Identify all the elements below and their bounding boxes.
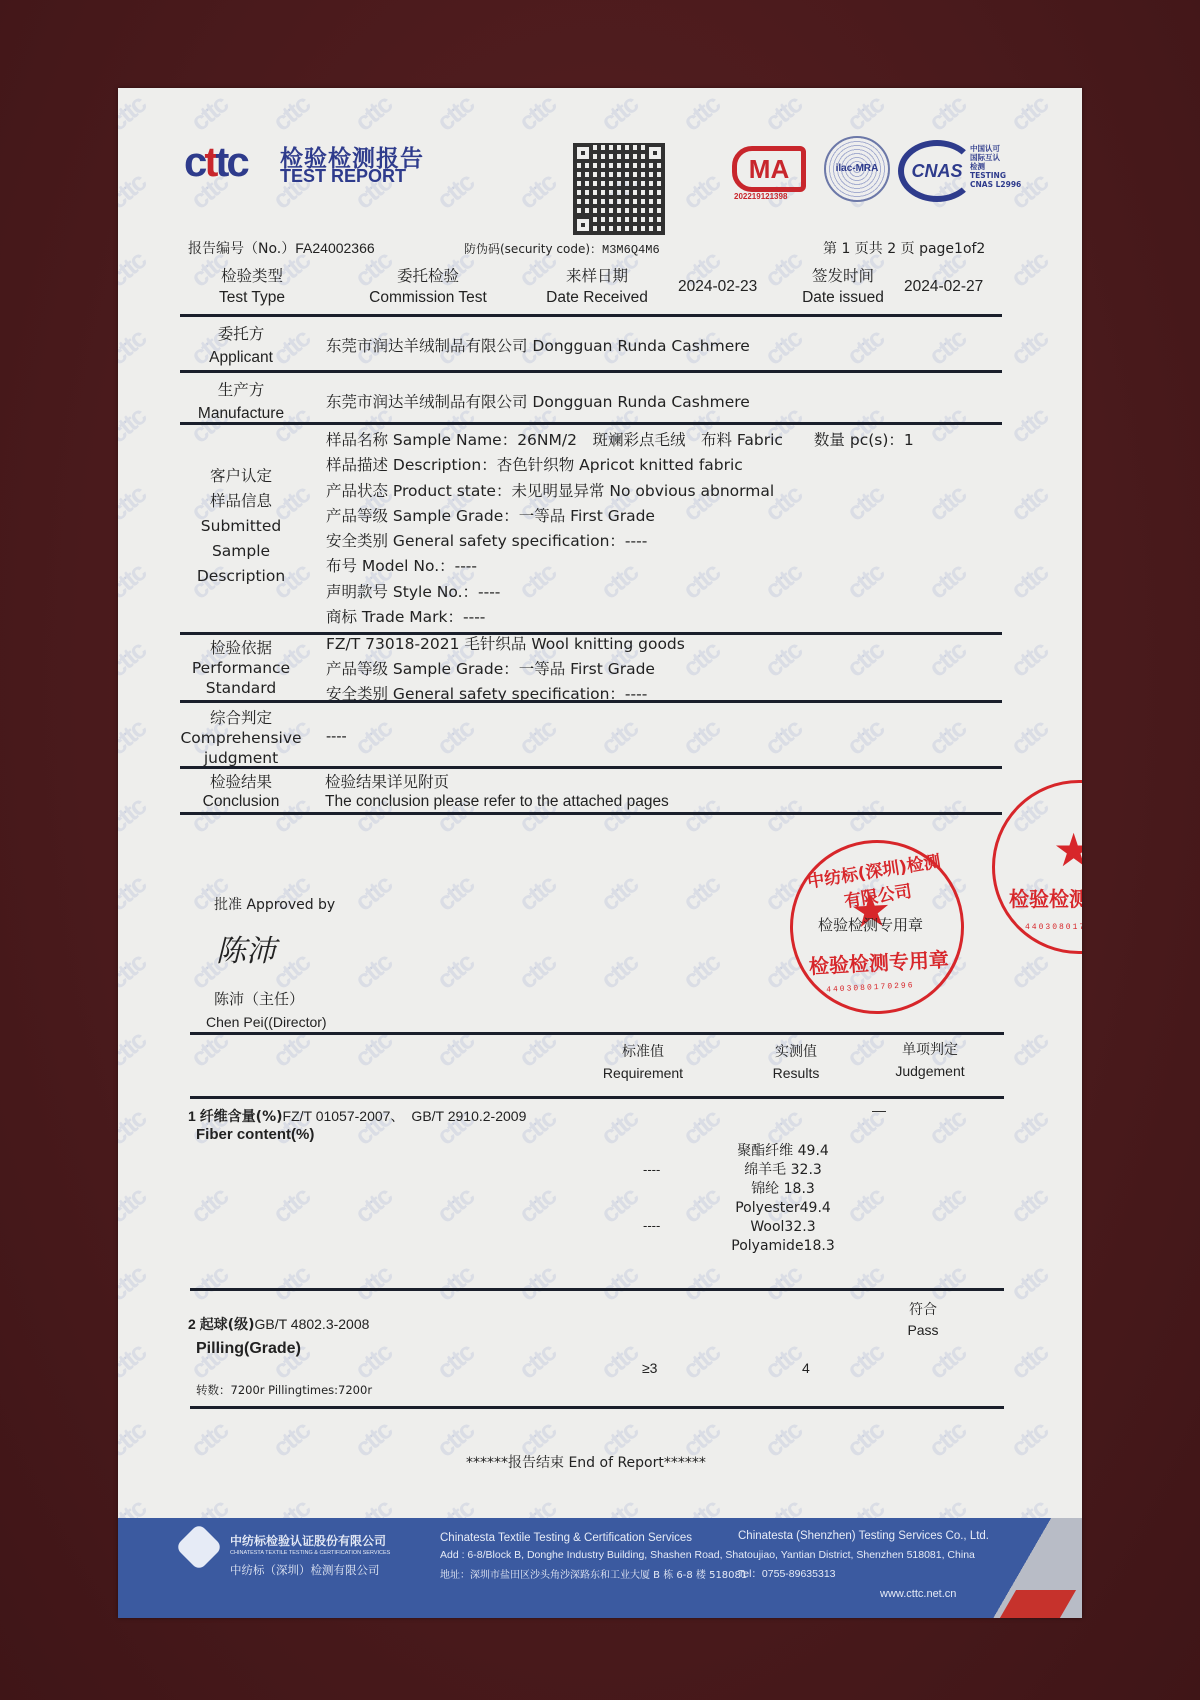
- divider: [180, 370, 1002, 373]
- cma-number: 202219121398: [734, 192, 787, 201]
- page-indicator: 第 1 页共 2 页 page1of2: [823, 238, 985, 258]
- item-1-requirement: ----: [643, 1218, 660, 1233]
- result-line: 锦纶 18.3: [698, 1180, 868, 1199]
- item-2-judgement: 符合Pass: [888, 1300, 958, 1340]
- sample-line: 样品描述 Description：杏色针织物 Apricot knitted f…: [326, 453, 914, 478]
- test-report-document: cttccttccttccttccttccttccttccttccttccttc…: [118, 88, 1082, 1618]
- sample-line: 产品等级 Sample Grade：一等品 First Grade: [326, 504, 914, 529]
- test-type-value: 委托检验Commission Test: [346, 264, 510, 307]
- label-line: Performance: [180, 658, 302, 678]
- ilac-mra-mark: ilac-MRA: [824, 136, 890, 202]
- label-line: Submitted: [180, 514, 302, 539]
- sample-line: 安全类别 General safety specification：----: [326, 529, 914, 554]
- sample-line: 声明款号 Style No.：----: [326, 580, 914, 605]
- stamp-overprint-text: 检验检测专用章: [818, 914, 923, 935]
- result-line: 聚酯纤维 49.4: [698, 1142, 868, 1161]
- footer-line1-right: Chinatesta (Shenzhen) Testing Services C…: [738, 1530, 989, 1542]
- footer-company-cn: 中纺标检验认证股份有限公司: [230, 1532, 386, 1549]
- divider: [180, 766, 1002, 769]
- sample-line: 布号 Model No.：----: [326, 554, 914, 579]
- label-line: Standard: [180, 678, 302, 698]
- divider: [180, 314, 1002, 317]
- star-icon: ★: [1053, 827, 1082, 873]
- standard-line: 安全类别 General safety specification：----: [326, 682, 685, 707]
- approver-name-cn: 陈沛（主任）: [214, 988, 304, 1009]
- comprehensive-judgment-value: ----: [326, 728, 347, 746]
- official-seal-stamp-partial: ★ 检验检测专用章 4403080170296: [992, 780, 1082, 954]
- sample-line: 产品状态 Product state：未见明显异常 No obvious abn…: [326, 479, 914, 504]
- label-line: 样品信息: [180, 489, 302, 514]
- applicant-label: 委托方Applicant: [180, 322, 302, 370]
- footer-address-cn: 地址：深圳市盐田区沙头角沙深路东和工业大厦 B 栋 6-8 楼 518081: [440, 1566, 747, 1581]
- label-line: Comprehensive: [170, 728, 312, 748]
- item-1-results: 聚酯纤维 49.4绵羊毛 32.3锦纶 18.3Polyester49.4Woo…: [698, 1142, 868, 1256]
- item-2-note: 转数：7200r Pillingtimes:7200r: [196, 1382, 372, 1398]
- divider: [180, 812, 1002, 815]
- standard-line: FZ/T 73018-2021 毛针织品 Wool knitting goods: [326, 632, 685, 657]
- column-header-requirement: 标准值Requirement: [578, 1042, 708, 1084]
- label-line: 综合判定: [170, 708, 312, 728]
- divider: [190, 1406, 1004, 1409]
- sample-description-lines: 样品名称 Sample Name：26NM/2 斑斓彩点毛绒 布料 Fabric…: [326, 428, 914, 630]
- footer-band: 中纺标检验认证股份有限公司 CHINATESTA TEXTILE TESTING…: [118, 1518, 1082, 1618]
- label-line: 检验依据: [180, 638, 302, 658]
- item-2-title: 2 起球(级)GB/T 4802.3-2008: [188, 1314, 369, 1334]
- approver-name-en: Chen Pei((Director): [206, 1014, 327, 1030]
- conclusion-label: 检验结果Conclusion: [180, 772, 302, 812]
- date-received-value: 2024-02-23: [678, 278, 757, 296]
- label-line: Description: [180, 564, 302, 589]
- item-1-title: 1 纤维含量(%)FZ/T 01057-2007、 GB/T 2910.2-20…: [188, 1106, 526, 1126]
- performance-standard-label: 检验依据PerformanceStandard: [180, 638, 302, 698]
- cnas-mark: CNAS: [898, 140, 976, 202]
- item-2-title-en: Pilling(Grade): [196, 1340, 301, 1358]
- sample-description-label: 客户认定样品信息SubmittedSampleDescription: [180, 464, 302, 589]
- approved-by-label: 批准 Approved by: [214, 894, 335, 914]
- signature: 陈沛: [216, 926, 276, 970]
- end-of-report: ******报告结束 End of Report******: [466, 1452, 706, 1472]
- manufacture-value: 东莞市润达羊绒制品有限公司 Dongguan Runda Cashmere: [326, 390, 750, 412]
- conclusion-value: 检验结果详见附页The conclusion please refer to t…: [325, 772, 669, 812]
- security-code: 防伪码(security code)：M3M6Q4M6: [464, 240, 660, 258]
- cma-certification-mark: MA: [732, 146, 806, 192]
- report-number: 报告编号（No.）FA24002366: [188, 238, 375, 258]
- cttc-logo: cttc: [184, 138, 247, 186]
- footer-company-en-small: CHINATESTA TEXTILE TESTING & CERTIFICATI…: [230, 1550, 390, 1556]
- column-header-judgement: 单项判定Judgement: [880, 1040, 980, 1082]
- result-line: Polyester49.4: [698, 1199, 868, 1218]
- qr-code[interactable]: [573, 143, 665, 235]
- footer-address-en: Add : 6-8/Block B, Donghe Industry Build…: [440, 1549, 975, 1561]
- date-issued-label: 签发时间Date issued: [788, 264, 898, 307]
- divider: [190, 1032, 1004, 1035]
- item-1-judgement: —: [872, 1102, 886, 1118]
- label-line: 客户认定: [180, 464, 302, 489]
- sample-line: 样品名称 Sample Name：26NM/2 斑斓彩点毛绒 布料 Fabric…: [326, 428, 914, 453]
- divider: [190, 1096, 1004, 1099]
- cnas-side-text: 中国认可 国际互认 检测 TESTING CNAS L2996: [970, 144, 1021, 189]
- manufacture-label: 生产方Manufacture: [180, 378, 302, 426]
- column-header-results: 实测值Results: [746, 1042, 846, 1084]
- item-1-title-en: Fiber content(%): [196, 1126, 314, 1143]
- divider: [180, 700, 1002, 703]
- report-title-en: TEST REPORT: [280, 166, 406, 187]
- divider: [190, 1288, 1004, 1291]
- chinatesta-logo-icon: [175, 1523, 223, 1571]
- label-line: judgment: [170, 748, 312, 768]
- label-line: Sample: [180, 539, 302, 564]
- footer-tel: Tel：0755-89635313: [738, 1566, 836, 1581]
- comprehensive-judgment-label: 综合判定Comprehensivejudgment: [170, 708, 312, 768]
- performance-standard-lines: FZ/T 73018-2021 毛针织品 Wool knitting goods…: [326, 632, 685, 707]
- test-type-label: 检验类型Test Type: [198, 264, 306, 307]
- footer-line1-left: Chinatesta Textile Testing & Certificati…: [440, 1532, 692, 1544]
- result-line: Polyamide18.3: [698, 1237, 868, 1256]
- item-1-requirement: ----: [643, 1162, 660, 1177]
- item-2-results: 4: [802, 1360, 810, 1376]
- footer-branch-cn: 中纺标（深圳）检测有限公司: [230, 1562, 380, 1578]
- item-2-requirement: ≥3: [642, 1360, 657, 1376]
- result-line: Wool32.3: [698, 1218, 868, 1237]
- result-line: 绵羊毛 32.3: [698, 1161, 868, 1180]
- footer-website[interactable]: www.cttc.net.cn: [880, 1588, 956, 1600]
- divider: [180, 422, 1002, 425]
- applicant-value: 东莞市润达羊绒制品有限公司 Dongguan Runda Cashmere: [326, 334, 750, 356]
- standard-line: 产品等级 Sample Grade：一等品 First Grade: [326, 657, 685, 682]
- date-received-label: 来样日期Date Received: [530, 264, 664, 307]
- date-issued-value: 2024-02-27: [904, 278, 983, 296]
- sample-line: 商标 Trade Mark：----: [326, 605, 914, 630]
